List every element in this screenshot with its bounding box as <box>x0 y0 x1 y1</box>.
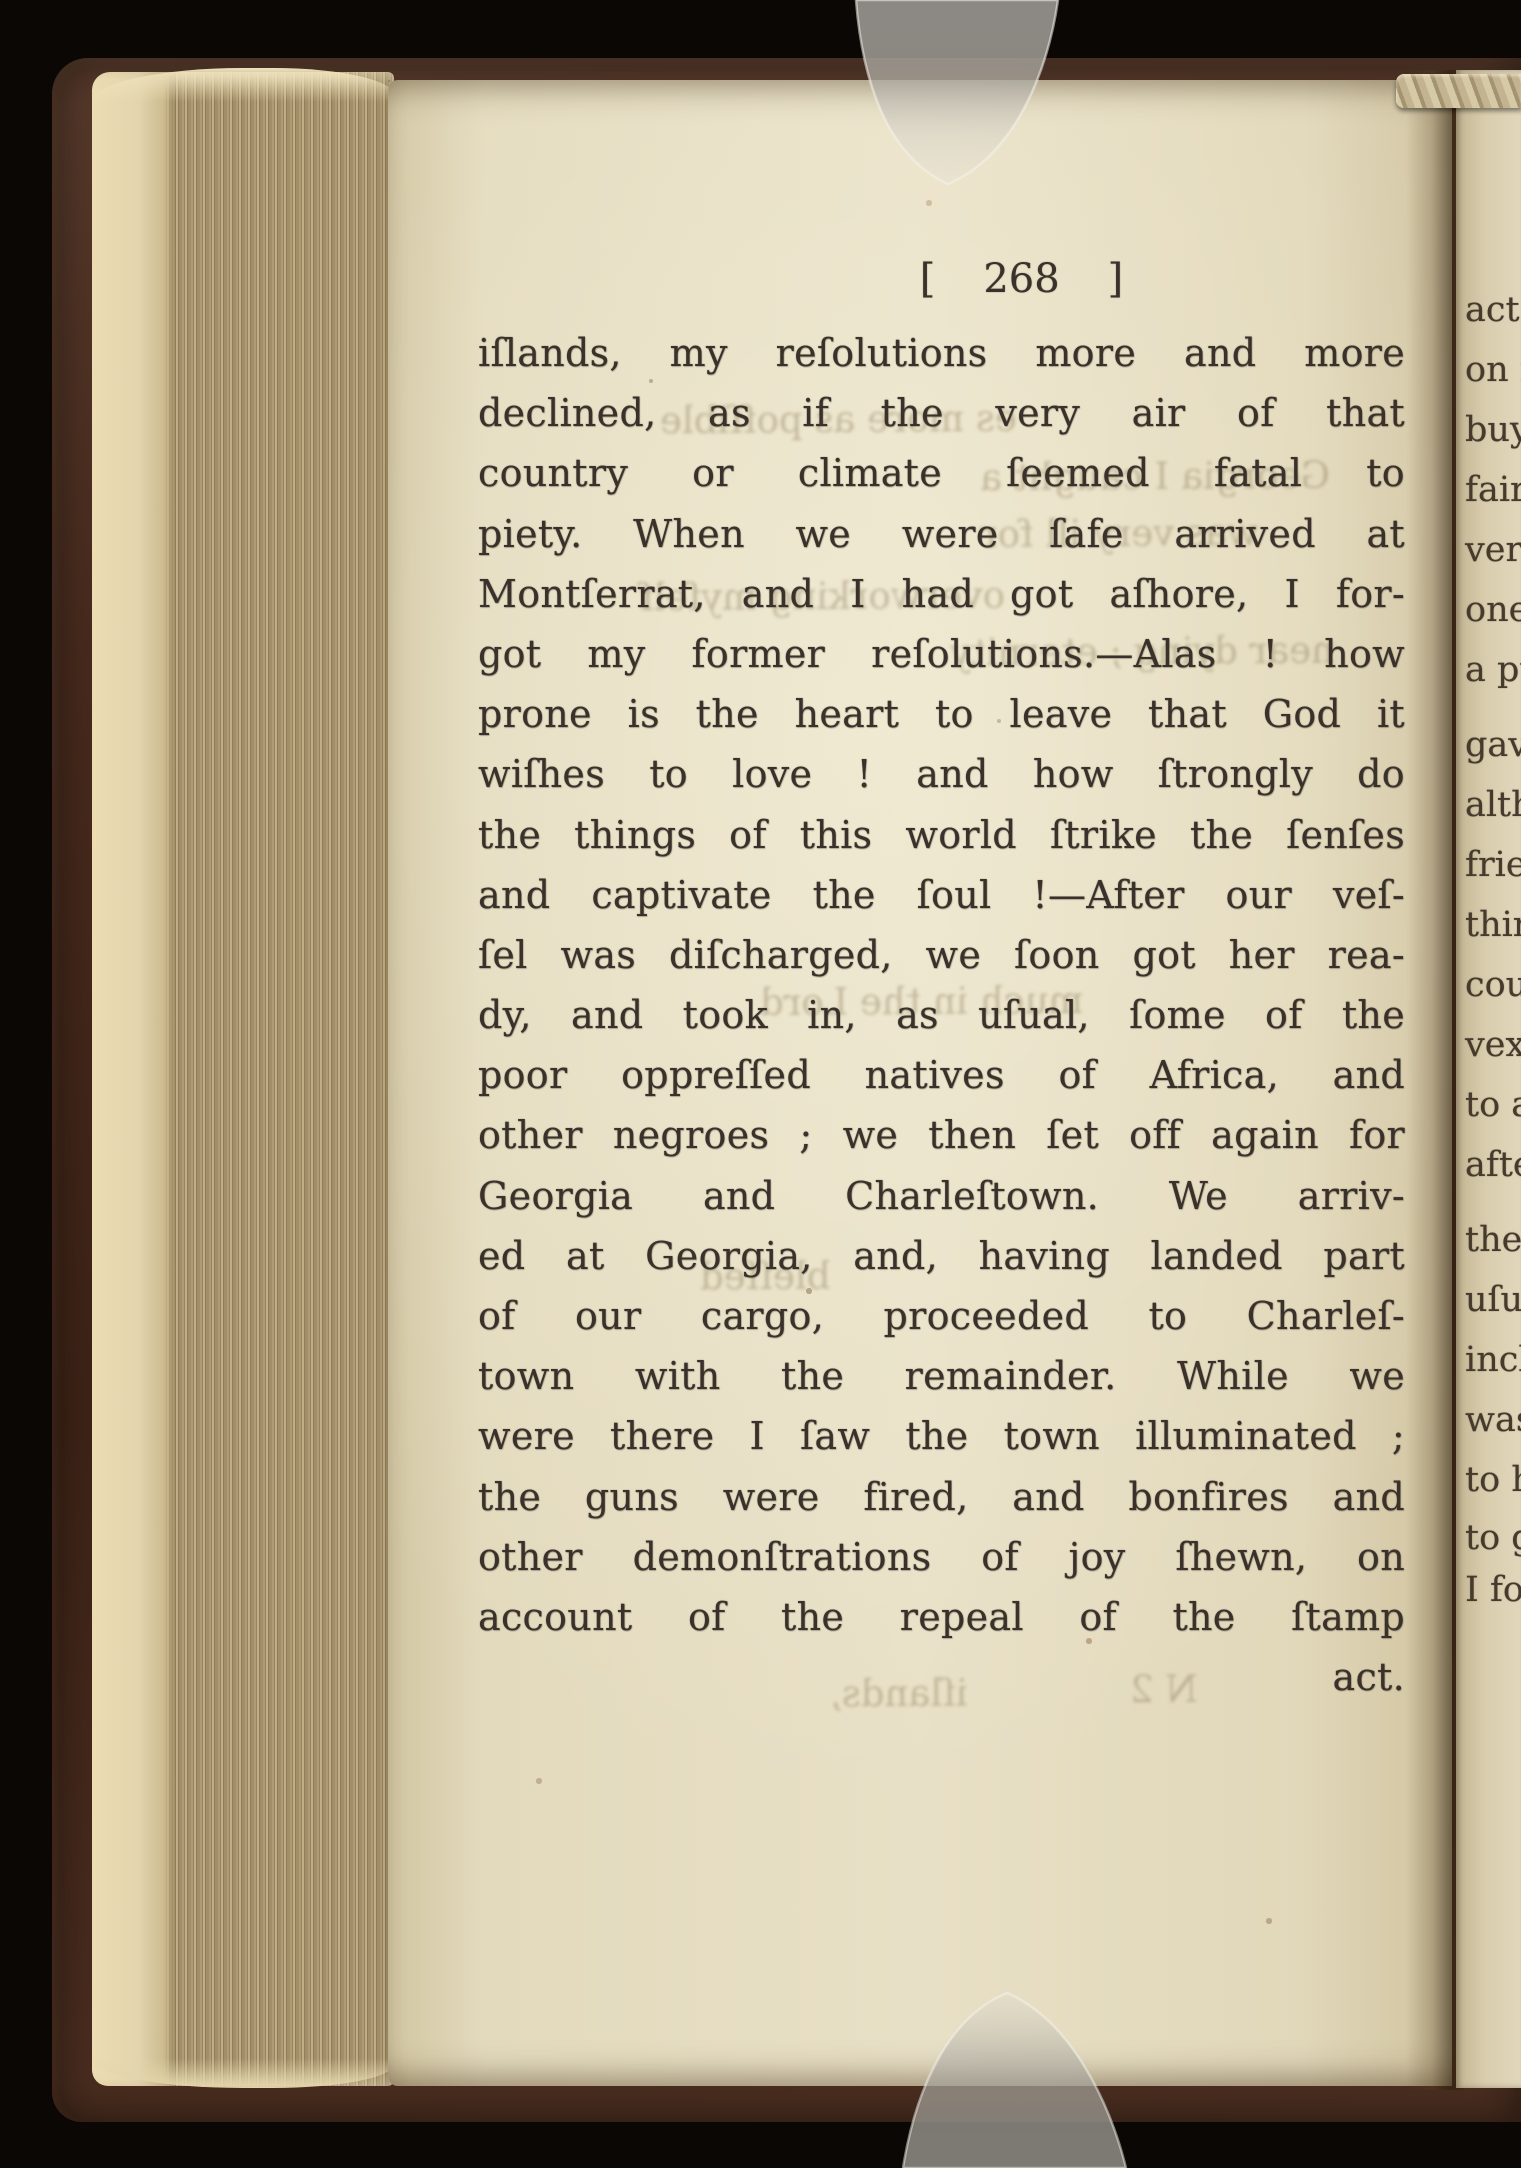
photo-background: es more as poſſible overworking myſelf G… <box>0 0 1521 2168</box>
text-line: poor oppreſſed natives of Africa, and <box>478 1045 1405 1105</box>
right-page-line-fragment: thing fo <box>1465 905 1521 945</box>
right-page-line-fragment: one gen <box>1465 590 1521 630</box>
text-line: Montſerrat, and I had got aſhore, I for- <box>478 564 1405 624</box>
text-line: Georgia and Charleſtown. We arriv- <box>478 1166 1405 1226</box>
text-line: dy, and took in, as uſual, ſome of the <box>478 985 1405 1045</box>
text-line: of our cargo, proceeded to Charleſ- <box>478 1286 1405 1346</box>
text-line: and captivate the ſoul !—After our veſ- <box>478 865 1405 925</box>
text-line: were there I ſaw the town illuminated ; <box>478 1406 1405 1466</box>
right-page-line-fragment: friendly <box>1465 845 1521 885</box>
text-line: iſlands, my reſolutions more and more <box>478 323 1405 383</box>
text-line: piety. When we were ſafe arrived at <box>478 504 1405 564</box>
text-line-last: act. <box>478 1647 1405 1707</box>
text-line: declined, as if the very air of that <box>478 383 1405 443</box>
right-page-line-fragment: the Sab <box>1465 1220 1521 1260</box>
page-stack-outer-edge <box>92 72 176 2086</box>
right-page-line-fragment: to help <box>1465 1460 1521 1500</box>
right-page-line-fragment: to act ; <box>1465 1085 1521 1125</box>
text-line: prone is the heart to leave that God it <box>478 684 1405 744</box>
paper-specks <box>388 80 390 82</box>
text-line: wiſhes to love ! and how ſtrongly do <box>478 744 1405 804</box>
text-line: account of the repeal of the ſtamp <box>478 1587 1405 1647</box>
right-page-line-fragment: I foun <box>1465 1570 1521 1610</box>
right-page-line-fragment: buying <box>1465 410 1521 450</box>
text-line: the things of this world ſtrike the ſenſ… <box>478 805 1405 865</box>
text-line: got my former reſolutions.—Alas ! how <box>478 624 1405 684</box>
right-page-line-fragment: act. I <box>1465 290 1521 330</box>
header-close-bracket: ] <box>1108 256 1124 302</box>
page-header: [ 268 ] <box>558 256 1485 302</box>
right-page-line-fragment: gave r <box>1465 725 1521 765</box>
text-line: ſel was diſcharged, we ſoon got her rea- <box>478 925 1405 985</box>
right-page-line-fragment: a punc <box>1465 650 1521 690</box>
text-line: other negroes ; we then ſet off again fo… <box>478 1105 1405 1165</box>
right-page-line-fragment: after th <box>1465 1145 1521 1185</box>
text-block: iſlands, my reſolutions more and more de… <box>478 323 1405 1707</box>
right-page-line-fragment: could r <box>1465 965 1521 1005</box>
page-number: 268 <box>983 256 1059 302</box>
header-open-bracket: [ <box>920 256 936 302</box>
page-stack-fore-edge <box>92 72 394 2086</box>
text-line: other demonſtrations of joy ſhewn, on <box>478 1527 1405 1587</box>
right-page-line-fragment: was ob <box>1465 1400 1521 1440</box>
right-page-edge: act. I on my buying fair wo very in one … <box>1456 70 1521 2088</box>
right-page-line-fragment: vexed <box>1465 1025 1521 1065</box>
text-line: the guns were fired, and bonfires and <box>478 1467 1405 1527</box>
headband <box>1396 74 1521 108</box>
right-page-line-fragment: on my <box>1465 350 1521 390</box>
left-page: es more as poſſible overworking myſelf G… <box>388 80 1452 2086</box>
right-page-line-fragment: incline <box>1465 1340 1521 1380</box>
right-page-line-fragment: very in <box>1465 530 1521 570</box>
right-page-line-fragment: uſually <box>1465 1280 1521 1320</box>
right-page-line-fragment: to go i <box>1465 1518 1521 1558</box>
right-page-line-fragment: althoug <box>1465 785 1521 825</box>
text-line: ed at Georgia, and, having landed part <box>478 1226 1405 1286</box>
text-line: country or climate ſeemed fatal to <box>478 443 1405 503</box>
text-line: town with the remainder. While we <box>478 1346 1405 1406</box>
right-page-line-fragment: fair wo <box>1465 470 1521 510</box>
